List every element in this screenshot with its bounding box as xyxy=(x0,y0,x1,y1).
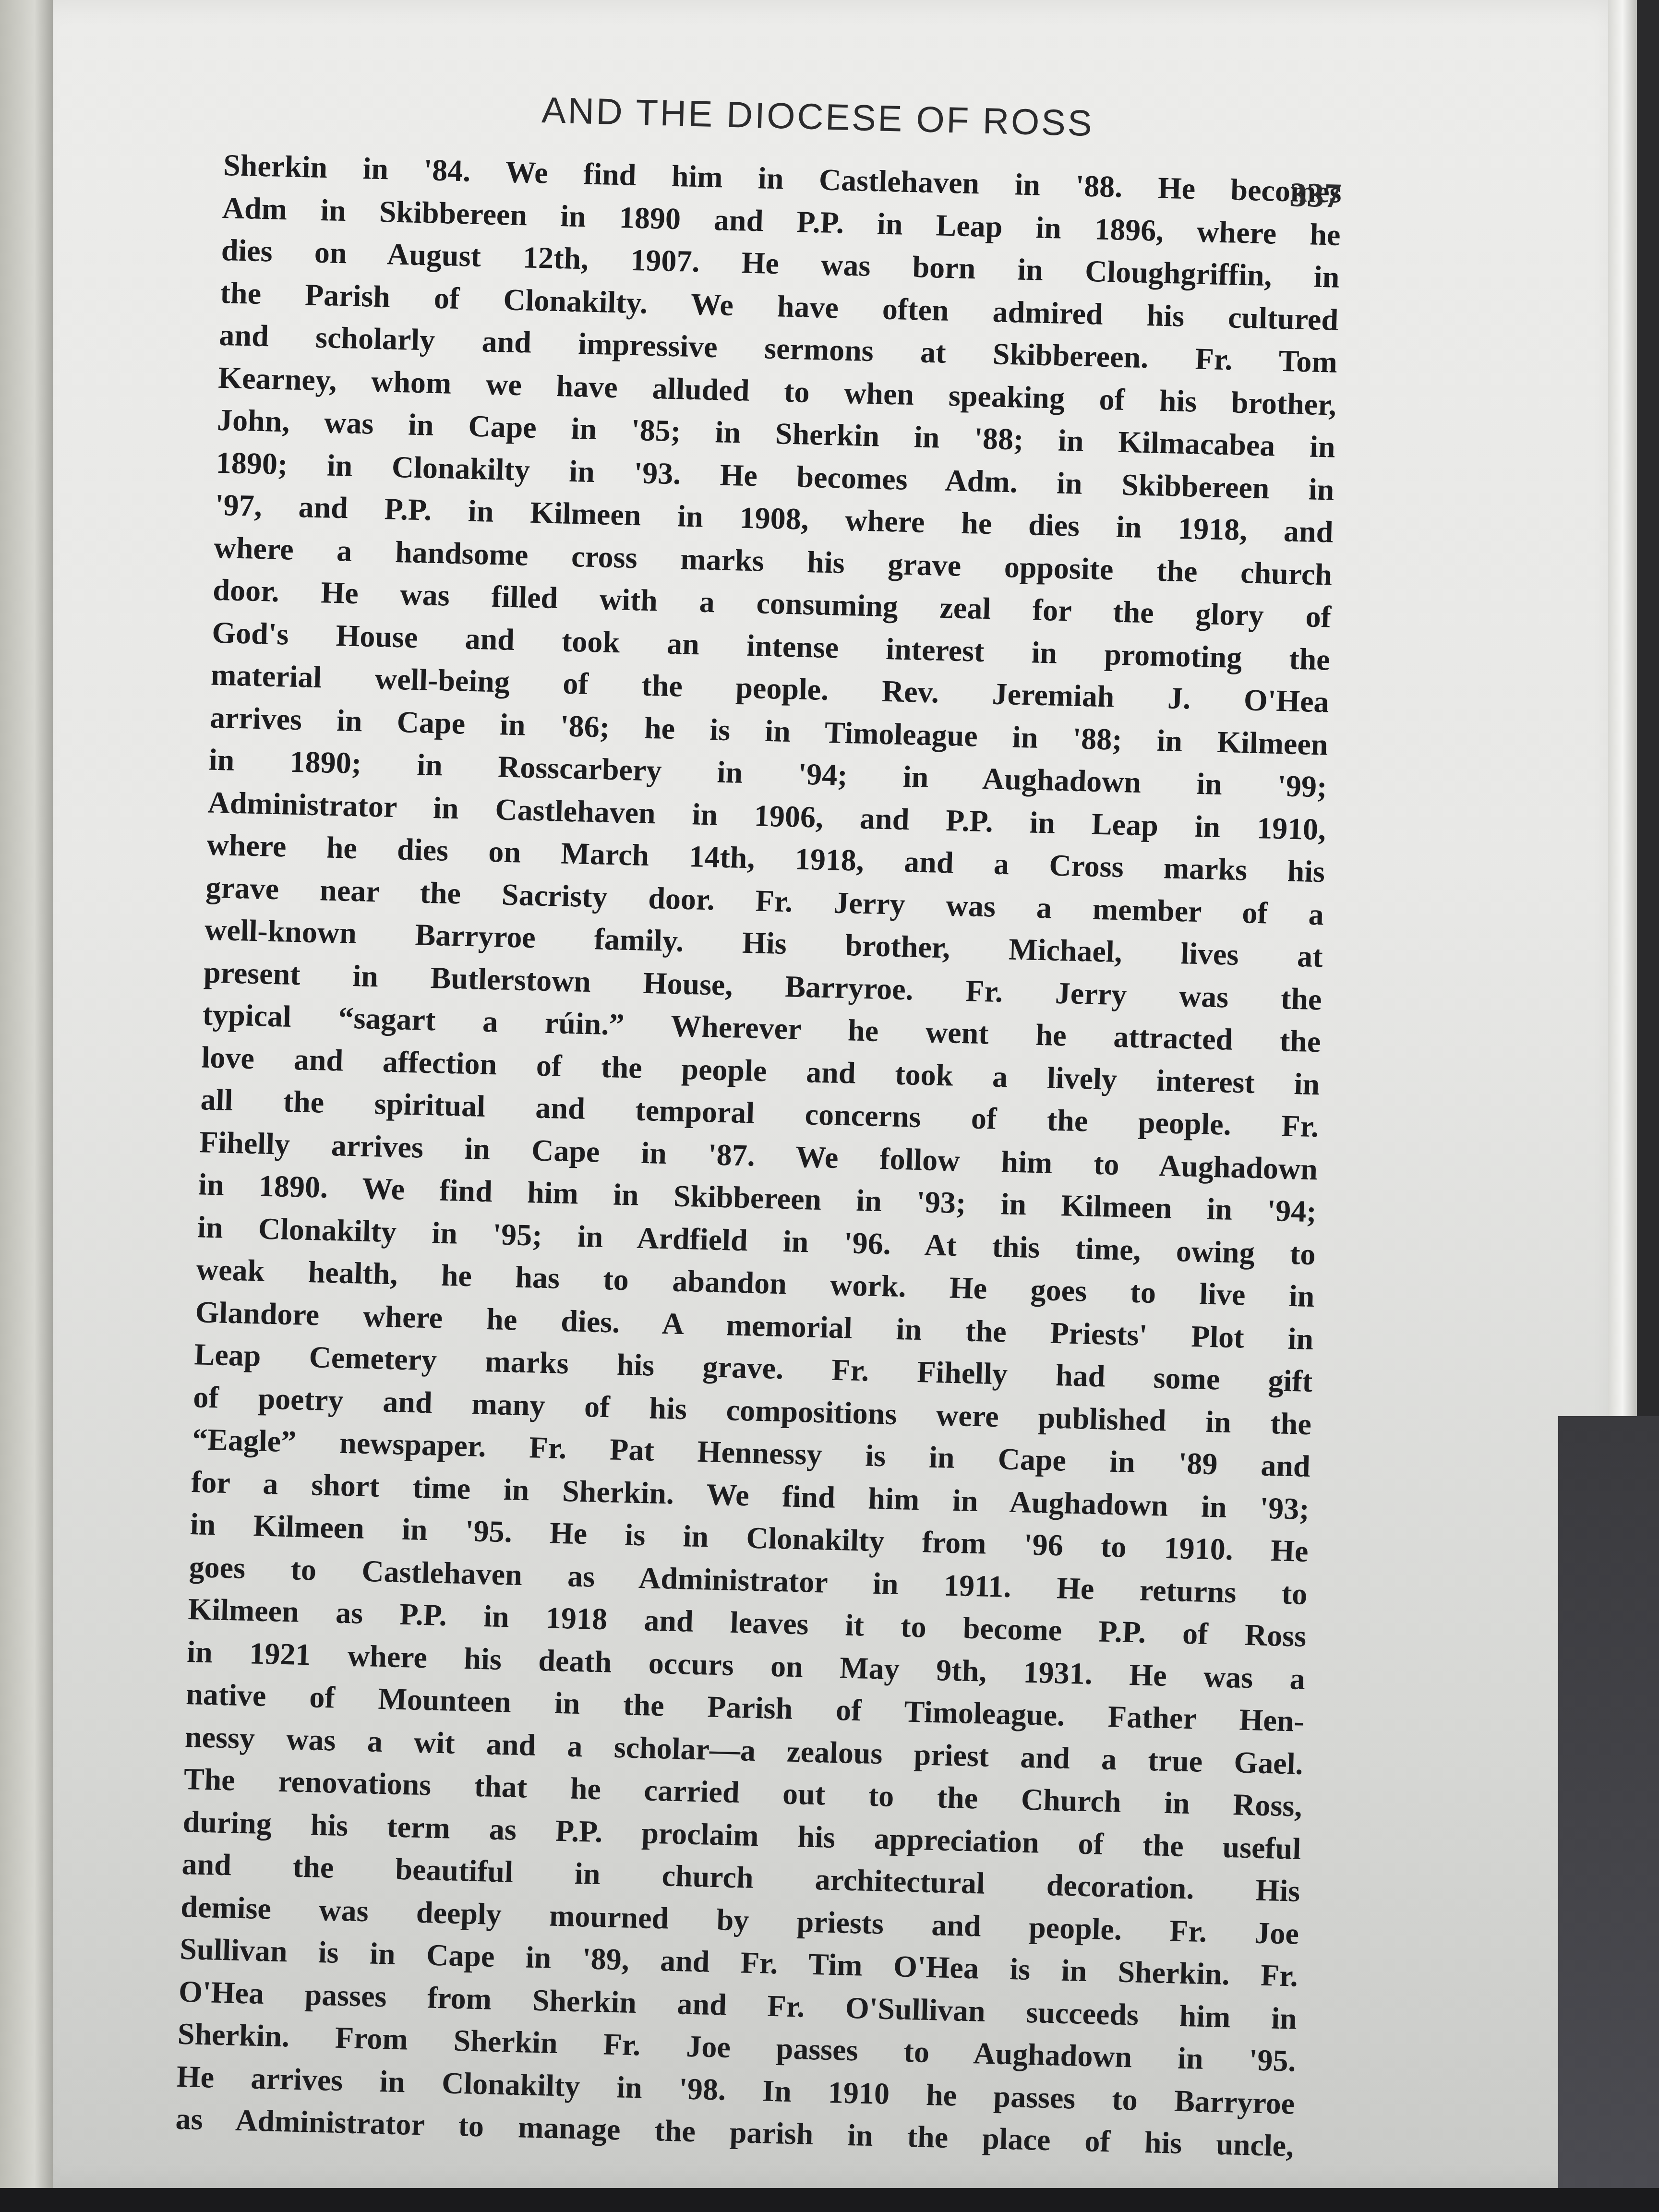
running-title: AND THE DIOCESE OF ROSS xyxy=(541,89,1094,144)
background-bottom xyxy=(0,2188,1659,2212)
page-number: 337 xyxy=(1289,175,1342,216)
page-content: AND THE DIOCESE OF ROSS 337 Sherkin in '… xyxy=(175,72,1344,2167)
body-text: Sherkin in '84. We find him in Castlehav… xyxy=(175,144,1342,2167)
facing-page-edge xyxy=(0,0,58,2212)
background-surface xyxy=(1558,1416,1659,2212)
